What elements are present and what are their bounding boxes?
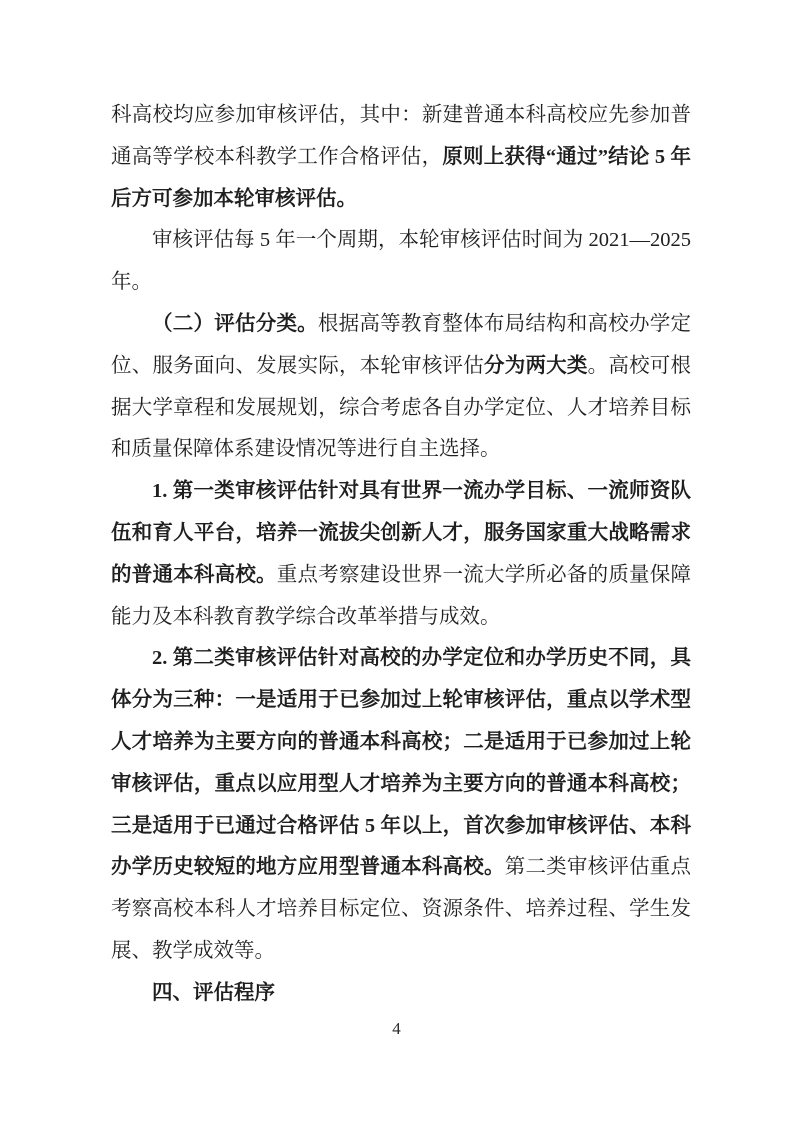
paragraph-category-1: 1. 第一类审核评估针对具有世界一流办学目标、一流师资队伍和育人平台，培养一流拔… <box>111 471 691 638</box>
text-run-bold: 四、评估程序 <box>152 982 275 1004</box>
section-heading: 四、评估程序 <box>111 973 691 1015</box>
paragraph-cycle: 审核评估每 5 年一个周期，本轮审核评估时间为 2021—2025 年。 <box>111 220 691 304</box>
text-run-bold: （二）评估分类。 <box>152 313 318 335</box>
text-run-bold: 2. 第二类审核评估针对高校的办学定位和办学历史不同，具体分为三种：一是适用于已… <box>111 647 691 878</box>
text-run-bold: 分为两大类 <box>484 355 588 377</box>
paragraph-category-2: 2. 第二类审核评估针对高校的办学定位和办学历史不同，具体分为三种：一是适用于已… <box>111 638 691 972</box>
text-run: 审核评估每 5 年一个周期，本轮审核评估时间为 2021—2025 年。 <box>111 229 691 293</box>
document-page: 科高校均应参加审核评估，其中：新建普通本科高校应先参加普通高等学校本科教学工作合… <box>0 0 793 1122</box>
document-body: 科高校均应参加审核评估，其中：新建普通本科高校应先参加普通高等学校本科教学工作合… <box>111 95 691 1015</box>
page-number: 4 <box>0 1018 793 1040</box>
paragraph-classification: （二）评估分类。根据高等教育整体布局结构和高校办学定位、服务面向、发展实际，本轮… <box>111 304 691 471</box>
paragraph-continuation: 科高校均应参加审核评估，其中：新建普通本科高校应先参加普通高等学校本科教学工作合… <box>111 95 691 220</box>
